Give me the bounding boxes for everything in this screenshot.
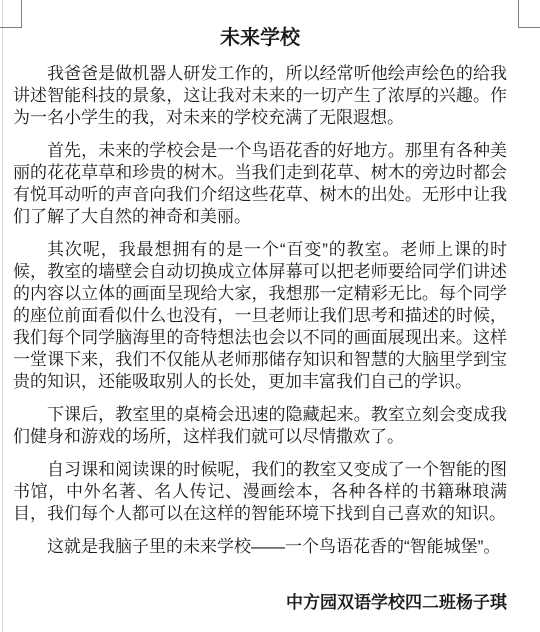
margin-crop-mark-top-left [0,0,22,28]
margin-crop-mark-top-right [518,0,540,28]
essay-paragraph-conclusion: 这就是我脑子里的未来学校——一个鸟语花香的“智能城堡”。 [13,536,507,558]
essay-paragraph-garden: 首先，未来的学校会是一个鸟语花香的好地方。那里有各种美丽的花花草草和珍贵的树木。… [13,140,507,228]
essay-paragraph-classroom: 其次呢，我最想拥有的是一个“百变”的教室。老师上课的时候，教室的墙壁会自动切换成… [13,239,507,393]
author-signature: 中方园双语学校四二班杨子琪 [13,592,507,614]
essay-paragraph-recess: 下课后，教室里的桌椅会迅速的隐藏起来。教室立刻会变成我们健身和游戏的场所，这样我… [13,404,507,448]
essay-paragraph-intro: 我爸爸是做机器人研发工作的，所以经常听他绘声绘色的给我讲述智能科技的景象，这让我… [13,63,507,129]
essay-paragraph-library: 自习课和阅读课的时候呢，我们的教室又变成了一个智能的图书馆，中外名著、名人传记、… [13,459,507,525]
document-title: 未来学校 [13,26,507,50]
page-edge-line [2,0,3,632]
document-body: 未来学校 我爸爸是做机器人研发工作的，所以经常听他绘声绘色的给我讲述智能科技的景… [13,26,507,614]
document-page: 未来学校 我爸爸是做机器人研发工作的，所以经常听他绘声绘色的给我讲述智能科技的景… [0,0,540,632]
